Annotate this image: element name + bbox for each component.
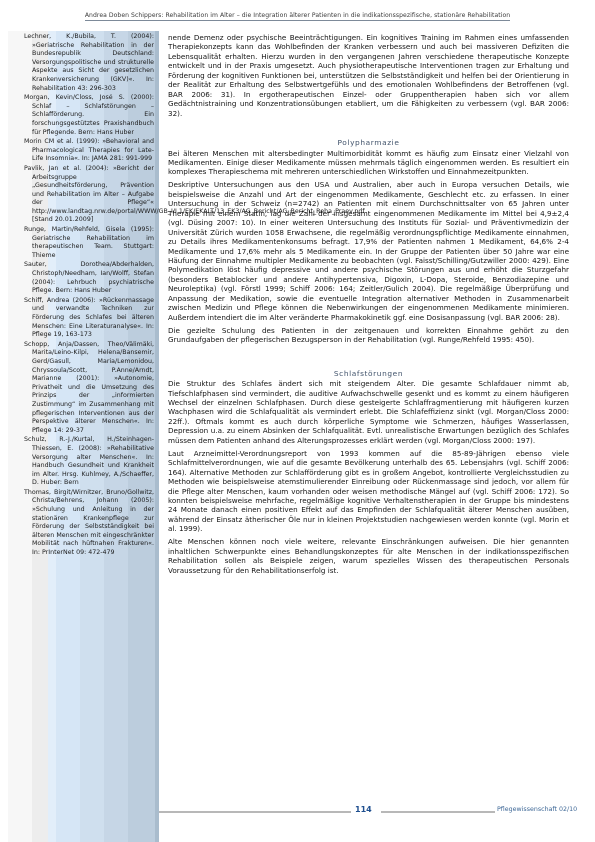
journal-name: Pflegewissenschaft 02/10 <box>497 806 577 813</box>
body-paragraph: Alte Menschen können noch viele weitere,… <box>168 537 569 575</box>
section-heading-schlafstoerungen: Schlafstörungen <box>168 369 569 378</box>
section-heading-polypharmazie: Polypharmazie <box>168 138 569 147</box>
body-paragraph: Die Struktur des Schlafes ändert sich mi… <box>168 379 569 445</box>
reference-entry: Runge, Martin/Rehfeld, Gisela (1995): Ge… <box>24 226 154 260</box>
page-number: 114 <box>355 805 372 814</box>
reference-list: Lechner, K./Bubila, T. (2004): »Geriatri… <box>24 33 154 559</box>
reference-entry: Morin CM et al. (1999): »Behavioral and … <box>24 138 154 164</box>
running-title: Andrea Doben Schippers: Rehabilitation i… <box>85 12 510 21</box>
intro-paragraph: nende Demenz oder psychische Beeinträcht… <box>168 33 569 118</box>
footer-rule-right <box>381 811 495 813</box>
body-paragraph: Bei älteren Menschen mit altersbedingter… <box>168 149 569 177</box>
footer-rule-left <box>159 811 351 813</box>
reference-entry: Schopp, Anja/Dassen, Theo/Välimäki, Mari… <box>24 341 154 436</box>
reference-entry: Sauter, Dorothea/Abderhalden, Christoph/… <box>24 261 154 295</box>
reference-entry: Schulz, R.-J./Kurtal, H./Steinhagen-Thie… <box>24 436 154 488</box>
main-text-column: nende Demenz oder psychische Beeinträcht… <box>168 33 569 579</box>
body-paragraph: Laut Arzneimittel-Verordnungsreport von … <box>168 449 569 534</box>
reference-entry: Schiff, Andrea (2006): »Rückenmassage un… <box>24 297 154 340</box>
reference-entry: Pavlik, Jan et al. (2004): »Bericht der … <box>24 165 154 225</box>
reference-entry: Lechner, K./Bubila, T. (2004): »Geriatri… <box>24 33 154 93</box>
body-paragraph: Deskriptive Untersuchungen aus den USA u… <box>168 180 569 322</box>
reference-entry: Thomas, Birgit/Wirnitzer, Bruno/Gollwitz… <box>24 489 154 558</box>
body-paragraph: Die gezielte Schulung des Patienten in d… <box>168 326 569 345</box>
running-header: Andrea Doben Schippers: Rehabilitation i… <box>0 12 595 19</box>
reference-entry: Morgan, Kevin/Closs, José S. (2000): Sch… <box>24 94 154 137</box>
